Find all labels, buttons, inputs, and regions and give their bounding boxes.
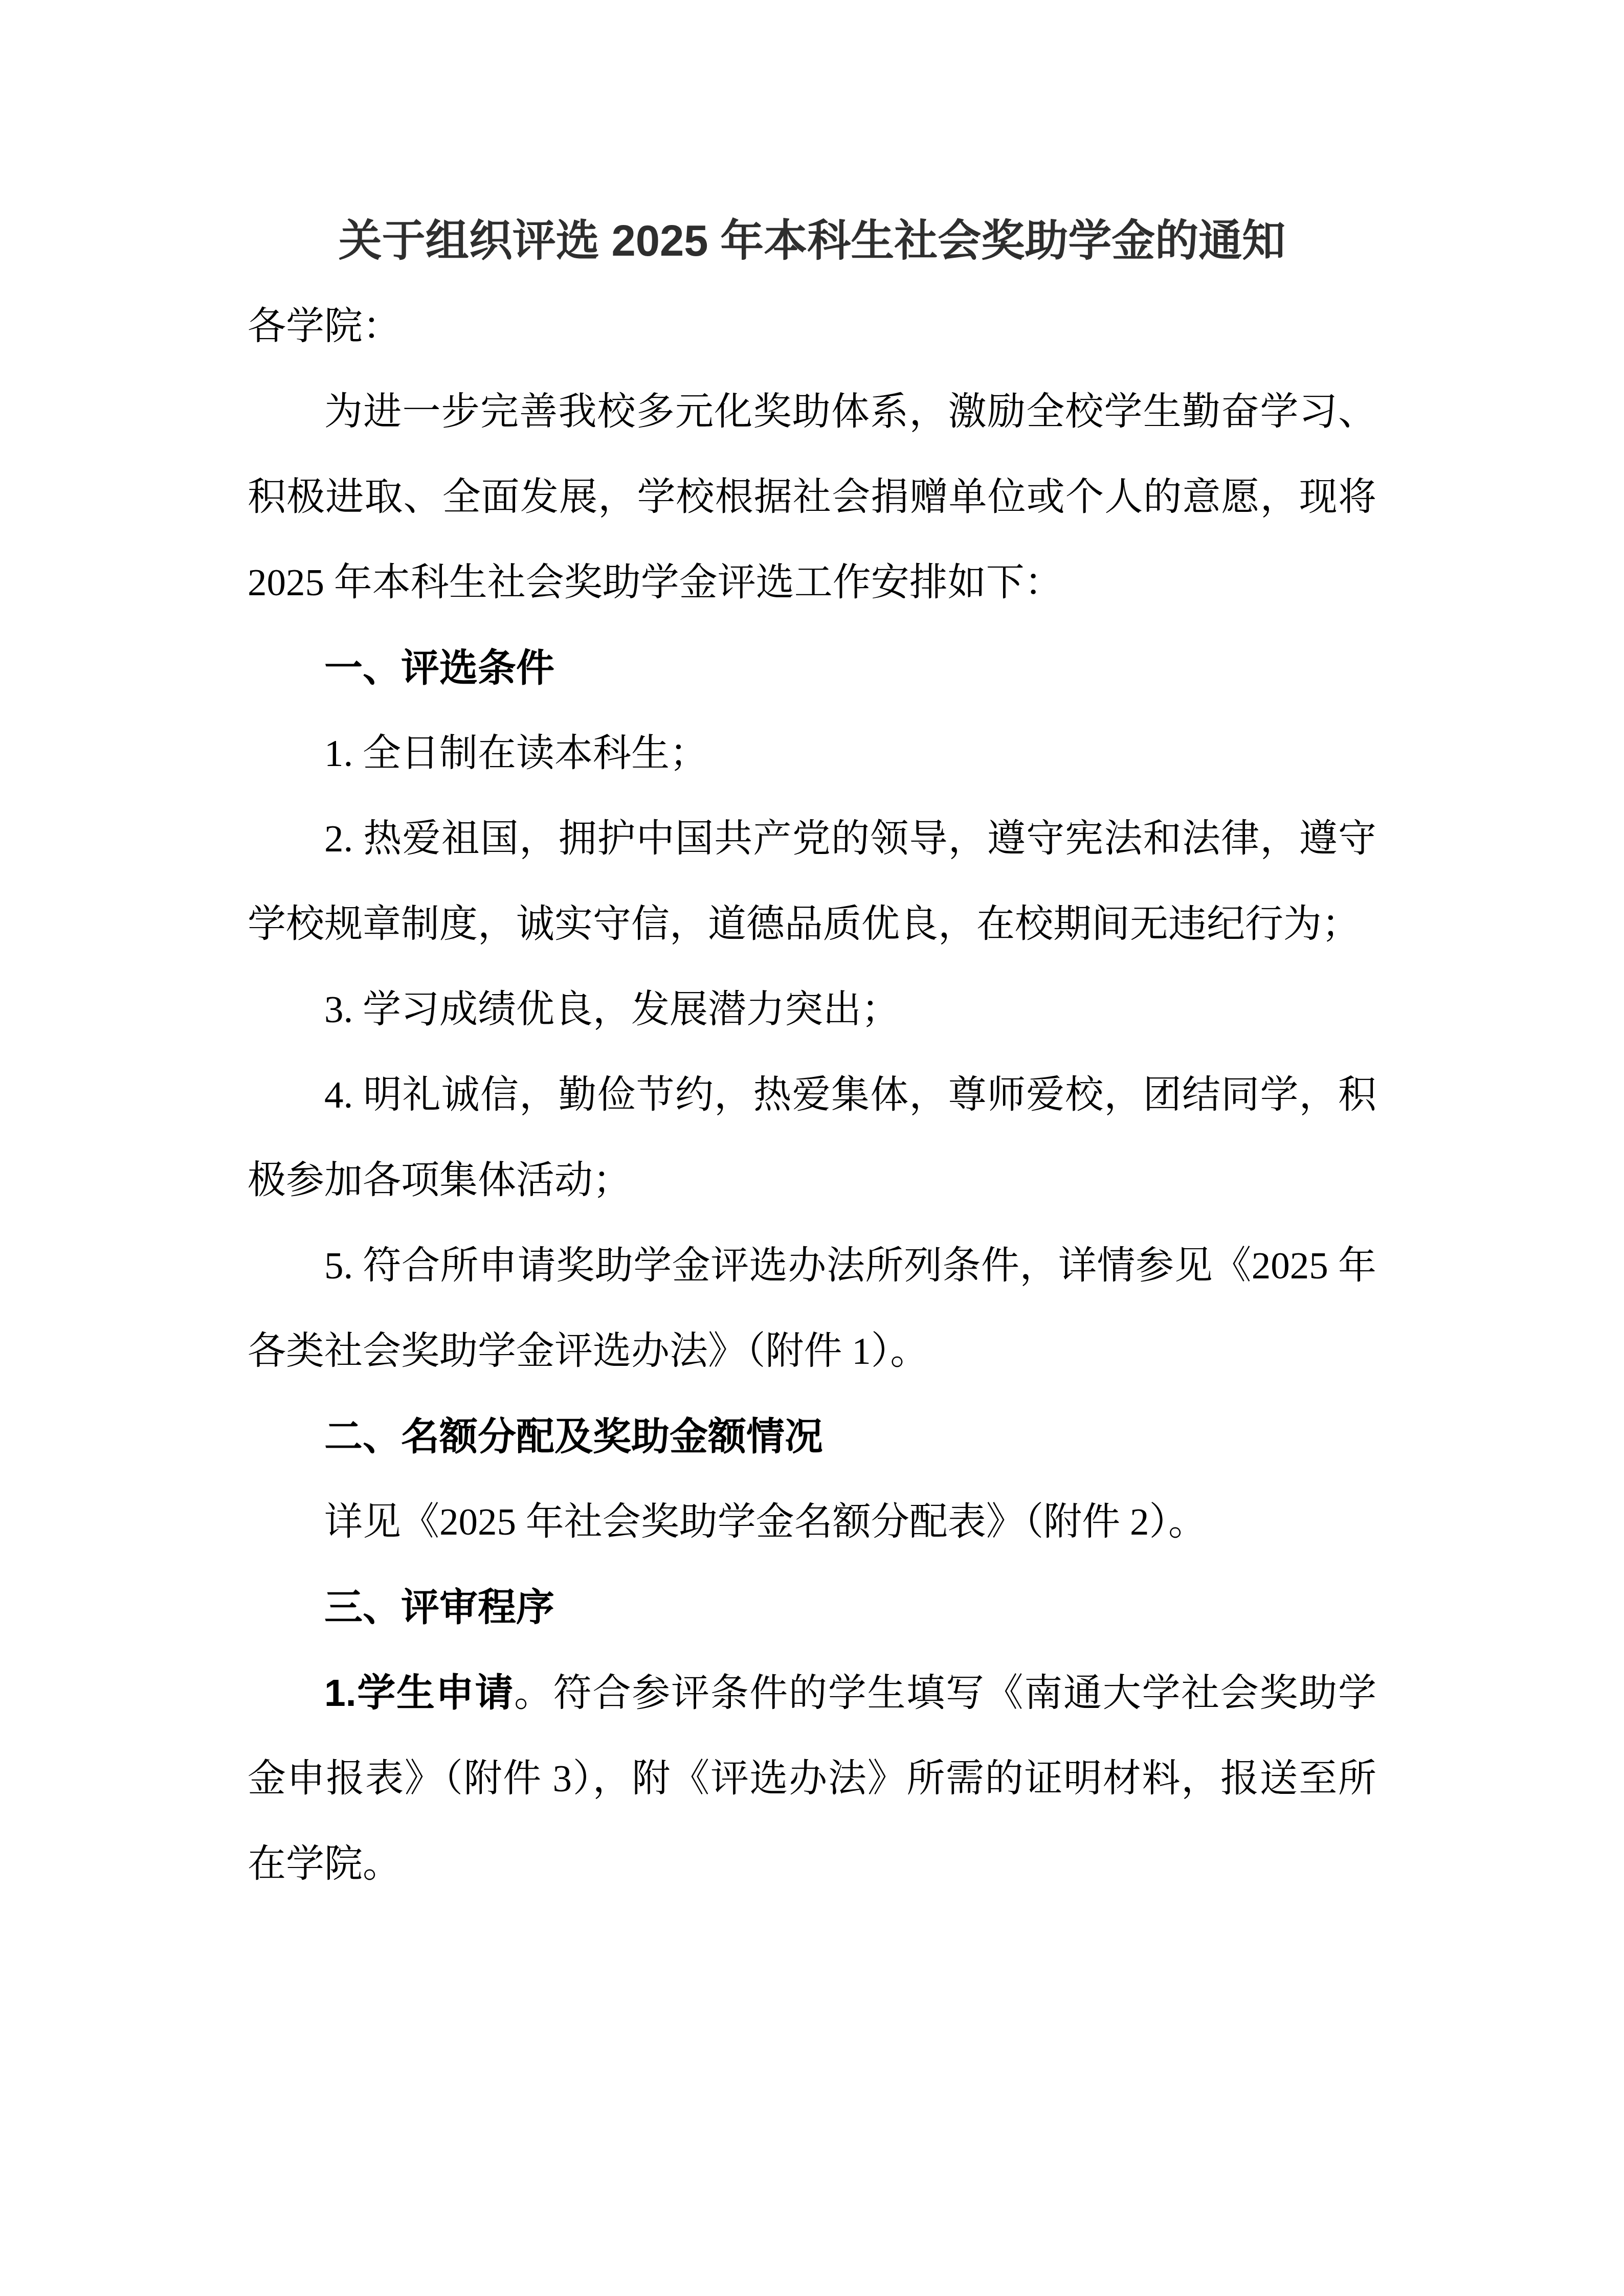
bold-text-segment: 一、评选条件 [324, 646, 554, 689]
document-title: 关于组织评选 2025 年本科生社会奖助学金的通知 [248, 198, 1376, 284]
bold-text-segment: 二、名额分配及奖助金额情况 [324, 1415, 823, 1458]
section-heading: 三、评审程序 [248, 1565, 1376, 1650]
paragraph: 为进一步完善我校多元化奖助体系，激励全校学生勤奋学习、积极进取、全面发展，学校根… [248, 369, 1376, 625]
text-segment: 为进一步完善我校多元化奖助体系，激励全校学生勤奋学习、积极进取、全面发展，学校根… [248, 391, 1376, 604]
bold-text-segment: 1.学生申请 [324, 1671, 514, 1714]
paragraph: 详见《2025 年社会奖助学金名额分配表》（附件 2）。 [248, 1479, 1376, 1565]
text-segment: 2. 热爱祖国，拥护中国共产党的领导，遵守宪法和法律，遵守学校规章制度，诚实守信… [248, 818, 1376, 946]
text-segment: 4. 明礼诚信，勤俭节约，热爱集体，尊师爱校，团结同学，积极参加各项集体活动； [248, 1074, 1376, 1202]
section-heading: 一、评选条件 [248, 625, 1376, 711]
paragraph: 5. 符合所申请奖助学金评选办法所列条件，详情参见《2025 年各类社会奖助学金… [248, 1223, 1376, 1394]
section-heading: 二、名额分配及奖助金额情况 [248, 1394, 1376, 1479]
text-segment: 详见《2025 年社会奖助学金名额分配表》（附件 2）。 [324, 1501, 1207, 1543]
document-body: 为进一步完善我校多元化奖助体系，激励全校学生勤奋学习、积极进取、全面发展，学校根… [248, 369, 1376, 1907]
paragraph: 1.学生申请。符合参评条件的学生填写《南通大学社会奖助学金申报表》（附件 3），… [248, 1650, 1376, 1907]
paragraph: 3. 学习成绩优良，发展潜力突出； [248, 967, 1376, 1052]
paragraph: 2. 热爱祖国，拥护中国共产党的领导，遵守宪法和法律，遵守学校规章制度，诚实守信… [248, 796, 1376, 967]
bold-text-segment: 三、评审程序 [324, 1586, 554, 1629]
text-segment: 3. 学习成绩优良，发展潜力突出； [324, 988, 900, 1031]
salutation: 各学院： [248, 284, 1376, 369]
paragraph: 1. 全日制在读本科生； [248, 711, 1376, 796]
text-segment: 5. 符合所申请奖助学金评选办法所列条件，详情参见《2025 年各类社会奖助学金… [248, 1245, 1376, 1372]
text-segment: 1. 全日制在读本科生； [324, 732, 708, 775]
paragraph: 4. 明礼诚信，勤俭节约，热爱集体，尊师爱校，团结同学，积极参加各项集体活动； [248, 1052, 1376, 1223]
document-page: 关于组织评选 2025 年本科生社会奖助学金的通知 各学院： 为进一步完善我校多… [0, 0, 1624, 2296]
